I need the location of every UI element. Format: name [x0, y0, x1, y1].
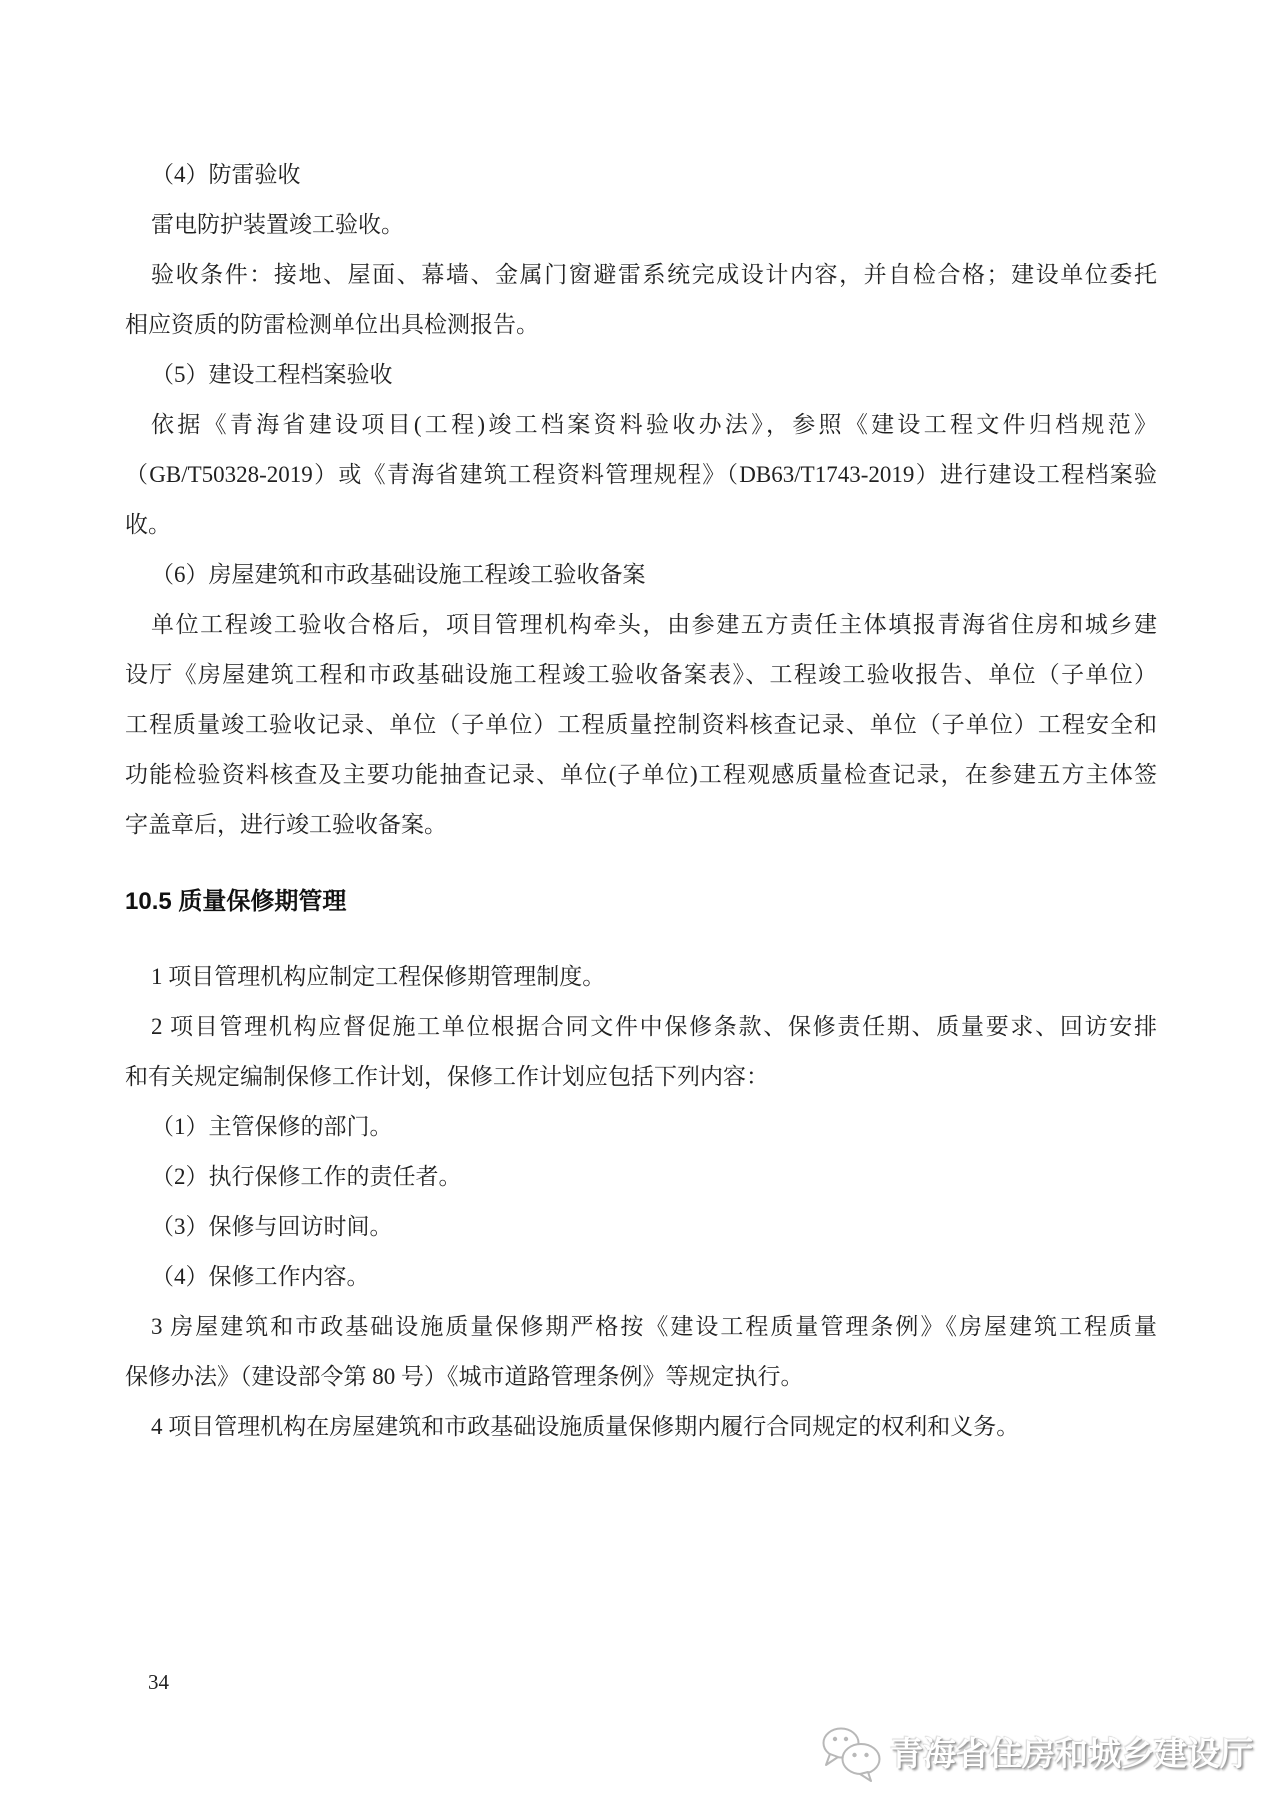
document-page: （4）防雷验收雷电防护装置竣工验收。验收条件：接地、屋面、幕墙、金属门窗避雷系统… [0, 0, 1280, 1810]
text-line: 单位工程竣工验收合格后，项目管理机构牵头，由参建五方责任主体填报青海省住房和城乡… [125, 600, 1157, 650]
text-line: 2 项目管理机构应督促施工单位根据合同文件中保修条款、保修责任期、质量要求、回访… [125, 1002, 1157, 1052]
text-line: （3）保修与回访时间。 [125, 1202, 1157, 1252]
wechat-icon [818, 1726, 884, 1782]
text-line: （2）执行保修工作的责任者。 [125, 1152, 1157, 1202]
text-line: （5）建设工程档案验收 [125, 350, 1157, 400]
text-line: 4 项目管理机构在房屋建筑和市政基础设施质量保修期内履行合同规定的权利和义务。 [125, 1402, 1157, 1452]
text-line: （4）保修工作内容。 [125, 1252, 1157, 1302]
text-line: （6）房屋建筑和市政基础设施工程竣工验收备案 [125, 550, 1157, 600]
page-number: 34 [148, 1668, 169, 1696]
text-line: 设厅《房屋建筑工程和市政基础设施工程竣工验收备案表》、工程竣工验收报告、单位（子… [125, 650, 1157, 700]
text-line: （GB/T50328-2019）或《青海省建筑工程资料管理规程》（DB63/T1… [125, 450, 1157, 500]
text-line: 相应资质的防雷检测单位出具检测报告。 [125, 300, 1157, 350]
watermark-text: 青海省住房和城乡建设厅 [890, 1726, 1253, 1782]
text-line: 3 房屋建筑和市政基础设施质量保修期严格按《建设工程质量管理条例》《房屋建筑工程… [125, 1302, 1157, 1352]
text-line: 验收条件：接地、屋面、幕墙、金属门窗避雷系统完成设计内容，并自检合格；建设单位委… [125, 250, 1157, 300]
text-line: （1）主管保修的部门。 [125, 1102, 1157, 1152]
text-line: 和有关规定编制保修工作计划，保修工作计划应包括下列内容： [125, 1052, 1157, 1102]
text-line: 保修办法》（建设部令第 80 号）《城市道路管理条例》等规定执行。 [125, 1352, 1157, 1402]
wechat-watermark: 青海省住房和城乡建设厅 [818, 1726, 1253, 1782]
text-line: （4）防雷验收 [125, 150, 1157, 200]
section-heading: 10.5 质量保修期管理 [125, 877, 1157, 927]
text-line: 雷电防护装置竣工验收。 [125, 200, 1157, 250]
text-line: 工程质量竣工验收记录、单位（子单位）工程质量控制资料核查记录、单位（子单位）工程… [125, 700, 1157, 750]
text-line: 功能检验资料核查及主要功能抽查记录、单位(子单位)工程观感质量检查记录，在参建五… [125, 750, 1157, 800]
text-line: 依据《青海省建设项目(工程)竣工档案资料验收办法》，参照《建设工程文件归档规范》 [125, 400, 1157, 450]
text-line: 1 项目管理机构应制定工程保修期管理制度。 [125, 952, 1157, 1002]
text-line: 收。 [125, 500, 1157, 550]
document-body: （4）防雷验收雷电防护装置竣工验收。验收条件：接地、屋面、幕墙、金属门窗避雷系统… [125, 150, 1157, 1452]
text-line: 字盖章后，进行竣工验收备案。 [125, 800, 1157, 850]
